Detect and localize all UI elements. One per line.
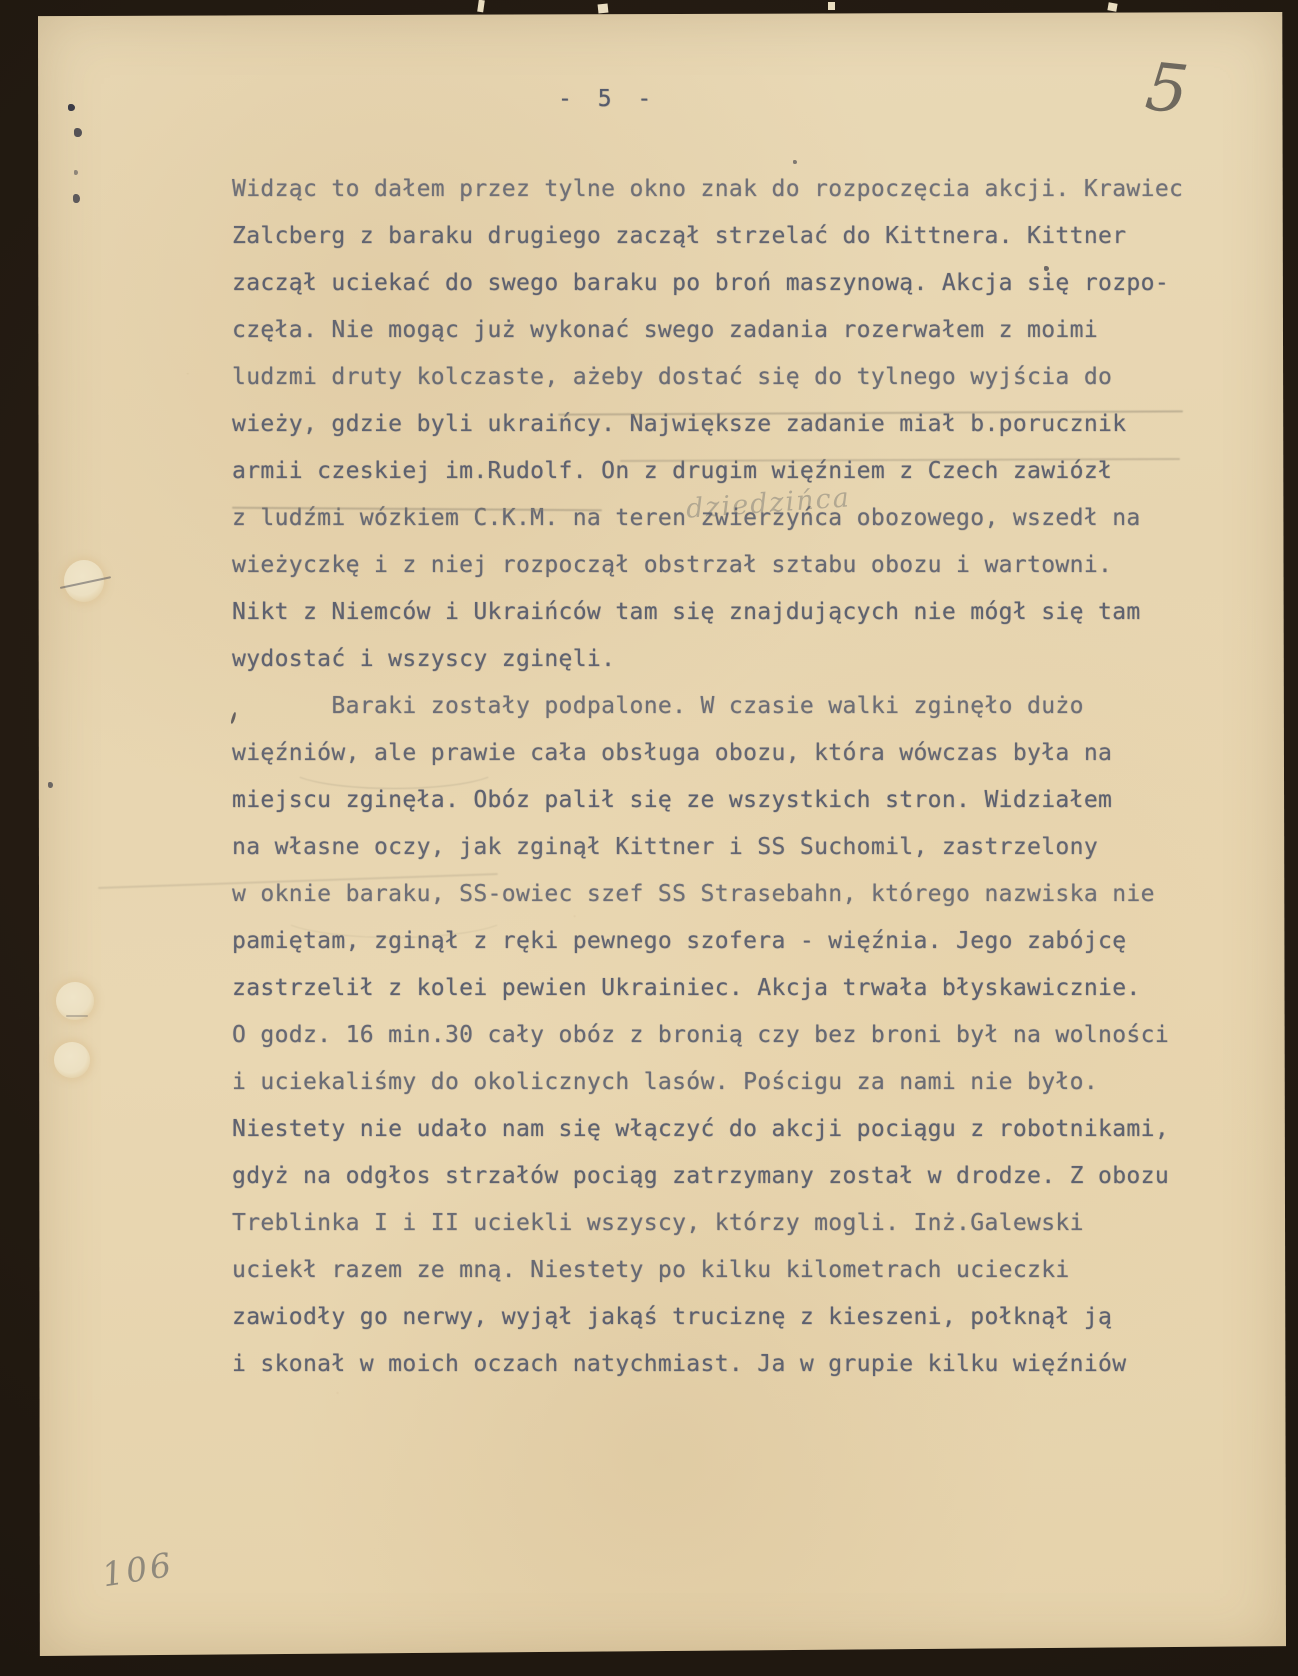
pencil-stroke — [278, 892, 510, 938]
typed-line: Treblinka I i II uciekli wszyscy, którzy… — [232, 1210, 1217, 1257]
typed-line: Widząc to dałem przez tylne okno znak do… — [232, 176, 1217, 223]
ink-speck — [793, 160, 797, 164]
typed-line: Zalcberg z baraku drugiego zaczął strzel… — [232, 223, 1217, 270]
document-page: - 5 - 5 dziedzińca Widząc to dałem przez… — [38, 12, 1286, 1656]
paper-tear — [598, 4, 609, 14]
typed-line: zastrzelił z kolei pewien Ukrainiec. Akc… — [232, 975, 1217, 1022]
punch-hole — [54, 1042, 90, 1078]
typed-line: O godz. 16 min.30 cały obóz z bronią czy… — [232, 1022, 1217, 1069]
ink-speck — [1044, 266, 1049, 271]
typed-line: wieży, gdzie byli ukraińcy. Największe z… — [232, 411, 1217, 458]
ink-speck — [73, 194, 80, 203]
ink-speck — [74, 128, 82, 137]
typed-line: wieżyczkę i z niej rozpoczął obstrzał sz… — [232, 552, 1217, 599]
typed-line: na własne oczy, jak zginął Kittner i SS … — [232, 834, 1217, 881]
typed-line: Niestety nie udało nam się włączyć do ak… — [232, 1116, 1217, 1163]
typed-line: zawiodły go nerwy, wyjął jakąś truciznę … — [232, 1304, 1217, 1351]
typed-line: armii czeskiej im.Rudolf. On z drugim wi… — [232, 458, 1217, 505]
paper-tear — [828, 2, 835, 10]
typed-line: uciekł razem ze mną. Niestety po kilku k… — [232, 1257, 1217, 1304]
ink-speck — [74, 170, 78, 175]
typed-line: zaczął uciekać do swego baraku po broń m… — [232, 270, 1217, 317]
ink-speck — [48, 782, 53, 788]
typed-line: z ludźmi wózkiem C.K.M. na teren zwierzy… — [232, 505, 1217, 552]
handwritten-page-number: 5 — [1142, 48, 1192, 129]
typed-line: ludzmi druty kolczaste, ażeby dostać się… — [232, 364, 1217, 411]
typed-line: Nikt z Niemców i Ukraińców tam się znajd… — [232, 599, 1217, 646]
typed-line: Baraki zostały podpalone. W czasie walki… — [232, 693, 1217, 740]
typed-line: wydostać i wszyscy zginęli. — [232, 646, 1217, 693]
typed-line: miejscu zginęła. Obóz palił się ze wszys… — [232, 787, 1217, 834]
ink-speck — [68, 104, 75, 111]
typed-line: i uciekaliśmy do okolicznych lasów. Pośc… — [232, 1069, 1217, 1116]
typed-line: i skonał w moich oczach natychmiast. Ja … — [232, 1351, 1217, 1398]
ink-mark-on-hole — [66, 1015, 88, 1017]
paper-tear — [1107, 2, 1117, 11]
typed-page-number: - 5 - — [558, 86, 657, 112]
handwritten-archive-number: 106 — [99, 1545, 176, 1595]
typed-line: gdyż na odgłos strzałów pociąg zatrzyman… — [232, 1163, 1217, 1210]
typed-line: częła. Nie mogąc już wykonać swego zadan… — [232, 317, 1217, 364]
pencil-stroke — [288, 747, 500, 789]
